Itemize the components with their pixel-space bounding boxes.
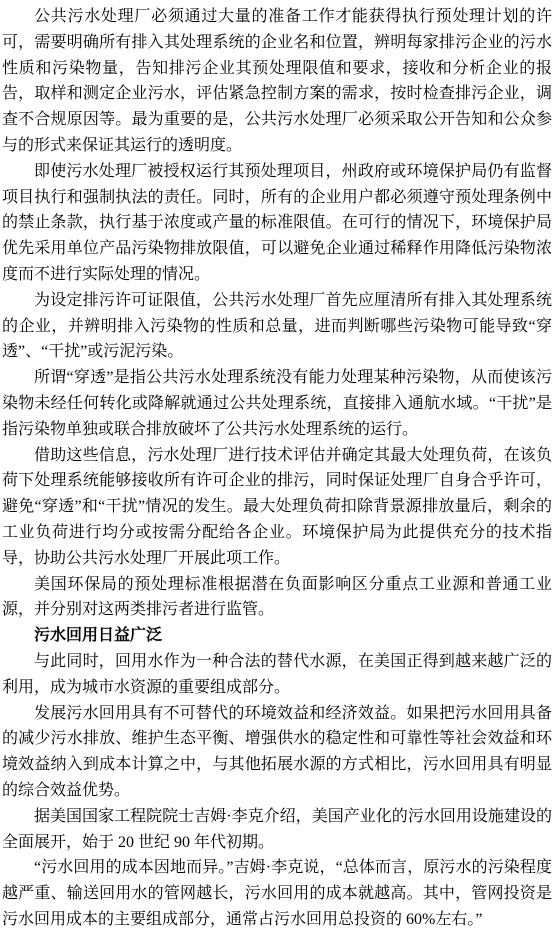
paragraph: 与此同时，回用水作为一种合法的替代水源，在美国正得到越来越广泛的利用，成为城市水… [2,649,552,701]
paragraph: 即使污水处理厂被授权运行其预处理项目，州政府或环境保护局仍有监督项目执行和强制执… [2,159,552,288]
paragraph: 借助这些信息，污水处理厂进行技术评估并确定其最大处理负荷，在该负荷下处理系统能够… [2,443,552,572]
paragraph: 据美国国家工程院院士吉姆·李克介绍，美国产业化的污水回用设施建设的全面展开，始于… [2,804,552,856]
paragraph: 所谓“穿透”是指公共污水处理系统没有能力处理某种污染物，从而使该污染物未经任何转… [2,365,552,442]
section-heading: 污水回用日益广泛 [2,623,552,649]
paragraph: 公共污水处理厂必须通过大量的准备工作才能获得执行预处理计划的许可，需要明确所有排… [2,4,552,159]
paragraph: 美国环保局的预处理标准根据潜在负面影响区分重点工业源和普通工业源，并分别对这两类… [2,572,552,624]
document-page: 公共污水处理厂必须通过大量的准备工作才能获得执行预处理计划的许可，需要明确所有排… [0,0,554,934]
paragraph: 为设定排污许可证限值，公共污水处理厂首先应厘清所有排入其处理系统的企业，并辨明排… [2,288,552,365]
paragraph: “污水回用的成本因地而异。”吉姆·李克说，“总体而言，原污水的污染程度越严重、输… [2,855,552,932]
paragraph: 发展污水回用具有不可替代的环境效益和经济效益。如果把污水回用具备的减少污水排放、… [2,701,552,804]
